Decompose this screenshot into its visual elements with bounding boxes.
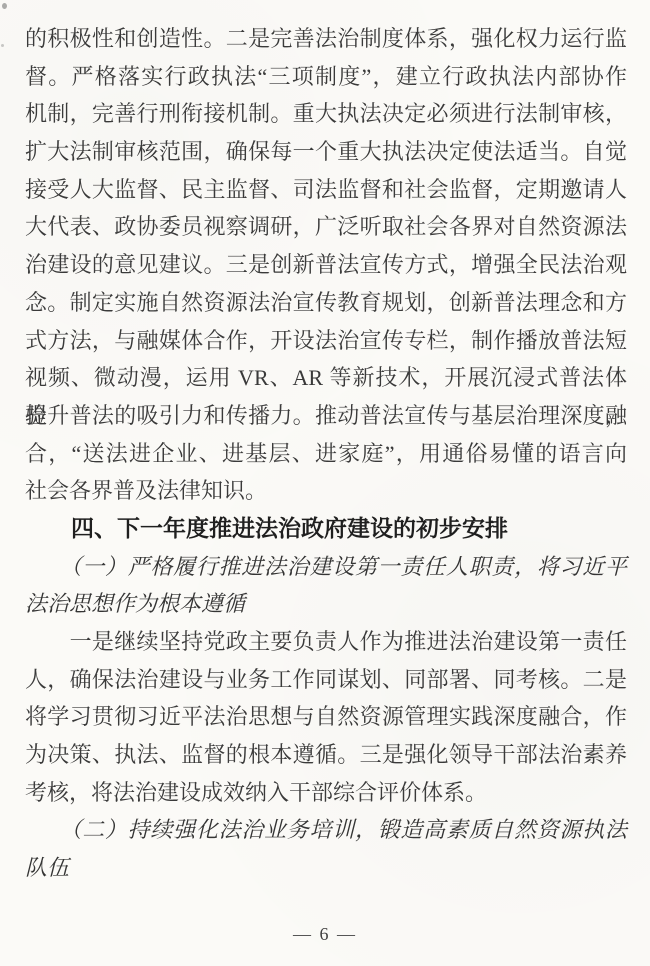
text-line: 督。严格落实行政执法“三项制度”，建立行政执法内部协作 <box>25 58 627 96</box>
text-line: 一是继续坚持党政主要负责人作为推进法治建设第一责任 <box>25 623 627 661</box>
subsection-heading: （二）持续强化法治业务培训，锻造高素质自然资源执法 <box>25 811 627 849</box>
text-line: 将学习贯彻习近平法治思想与自然资源管理实践深度融合，作 <box>25 698 627 736</box>
text-line: 社会各界普及法律知识。 <box>25 472 627 510</box>
text-line: 的积极性和创造性。二是完善法治制度体系，强化权力运行监 <box>25 20 627 58</box>
subsection-heading: 法治思想作为根本遵循 <box>25 585 627 623</box>
text-line: 考核，将法治建设成效纳入干部综合评价体系。 <box>25 774 627 812</box>
subsection-heading: 队伍 <box>25 849 627 887</box>
text-line: 提升普法的吸引力和传播力。推动普法宣传与基层治理深度融 <box>25 397 627 435</box>
text-line: 接受人大监督、民主监督、司法监督和社会监督，定期邀请人 <box>25 171 627 209</box>
text-line: 为决策、执法、监督的根本遵循。三是强化领导干部法治素养 <box>25 736 627 774</box>
text-line: 大代表、政协委员视察调研，广泛听取社会各界对自然资源法 <box>25 208 627 246</box>
document-page: 的积极性和创造性。二是完善法治制度体系，强化权力运行监 督。严格落实行政执法“三… <box>0 0 650 966</box>
text-line: 合，“送法进企业、进基层、进家庭”，用通俗易懂的语言向 <box>25 435 627 473</box>
document-body: 的积极性和创造性。二是完善法治制度体系，强化权力运行监 督。严格落实行政执法“三… <box>25 20 627 887</box>
text-line: 视频、微动漫，运用 VR、AR 等新技术，开展沉浸式普法体验， <box>25 359 627 397</box>
scan-speck <box>2 3 7 9</box>
scan-speck <box>1 44 4 47</box>
text-line: 人，确保法治建设与业务工作同谋划、同部署、同考核。二是 <box>25 661 627 699</box>
text-line: 治建设的意见建议。三是创新普法宣传方式，增强全民法治观 <box>25 246 627 284</box>
text-line: 机制，完善行刑衔接机制。重大执法决定必须进行法制审核， <box>25 95 627 133</box>
section-heading: 四、下一年度推进法治政府建设的初步安排 <box>25 510 627 548</box>
text-line: 念。制定实施自然资源法治宣传教育规划，创新普法理念和方 <box>25 284 627 322</box>
text-line: 式方法，与融媒体合作，开设法治宣传专栏，制作播放普法短 <box>25 322 627 360</box>
text-line: 扩大法制审核范围，确保每一个重大执法决定使法适当。自觉 <box>25 133 627 171</box>
page-number: — 6 — <box>0 924 650 945</box>
subsection-heading: （一）严格履行推进法治建设第一责任人职责，将习近平 <box>25 548 627 586</box>
